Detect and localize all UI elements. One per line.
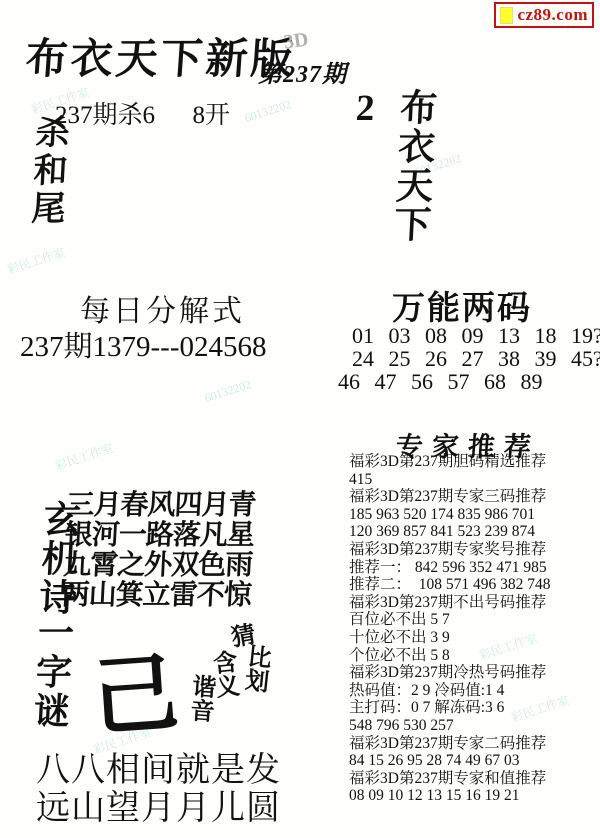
expert-recommend-block: 福彩3D第237期胆码精选推荐 415 福彩3D第237期专家三码推荐 185 … [349,453,551,805]
yellow-square-icon [500,7,513,24]
expert-line: 福彩3D第237期胆码精选推荐 [349,453,551,471]
two-codes-row: 01 03 08 09 13 18 19? [338,324,600,347]
expert-line: 福彩3D第237期专家和值推荐 [349,770,551,788]
riddle-answer-character: 己 [88,623,182,753]
two-codes-row: 46 47 56 57 68 89 [338,370,600,393]
expert-line: 120 369 857 841 523 239 874 [349,523,551,541]
expert-line: 548 796 530 257 [349,717,551,735]
edition-3d-label: 3D [283,28,310,54]
kill-summary-line: 237期杀6 8开 [55,95,230,131]
daily-breakdown-formula: 237期1379---024568 [20,324,266,365]
site-badge[interactable]: cz89.com [494,2,594,28]
expert-line: 百位必不出 5 7 [349,611,551,629]
expert-line: 福彩3D第237期不出号码推荐 [349,594,551,612]
expert-line: 福彩3D第237期冷热号码推荐 [349,664,551,682]
expert-line: 十位必不出 3 9 [349,629,551,647]
expert-line: 185 963 520 174 835 986 701 [349,506,551,524]
expert-line: 推荐一： 842 596 352 471 985 [349,559,551,577]
expert-line: 08 09 10 12 13 15 16 19 21 [349,787,551,805]
expert-line: 福彩3D第237期专家三码推荐 [349,488,551,506]
kill-sum-tail-vertical-label: 杀和尾 [19,114,74,232]
page-title: 布衣天下新版 [24,26,298,86]
expert-line: 主打码：0 7 解冻码:3 6 [349,699,551,717]
mystery-poem: 三月春风四月青 银河一路落凡星 九霄之外双色雨 两山箕立雷不惊 [61,491,256,611]
watermark: 彩民工作室 [5,243,67,278]
expert-line: 415 [349,471,551,489]
riddle-label: 一字谜 [22,614,80,749]
poem-line: 两山箕立雷不惊 [61,581,252,611]
expert-line: 福彩3D第237期专家奖号推荐 [349,541,551,559]
riddle-hint: 谐音 [181,673,219,723]
two-codes-grid: 01 03 08 09 13 18 19? 24 25 26 27 38 39 … [338,324,600,393]
expert-line: 福彩3D第237期专家二码推荐 [349,735,551,753]
issue-number: 第237期 [258,54,347,89]
expert-line: 热码值：2 9 冷码值:1 4 [349,682,551,700]
footer-verse: 远山望月月儿圆 [36,780,281,829]
expert-line: 个位必不出 5 8 [349,647,551,665]
brand-vertical-label: 布衣天下2 [335,88,442,273]
poem-line: 九霄之外双色雨 [62,551,253,581]
site-badge-link[interactable]: cz89.com [517,5,588,25]
watermark: 彩民工作室 [53,439,115,474]
expert-line: 84 15 26 95 28 74 49 67 03 [349,752,551,770]
poem-line: 银河一路落凡星 [64,521,255,551]
two-codes-title: 万能两码 [392,282,532,329]
two-codes-row: 24 25 26 27 38 39 45? [338,347,600,370]
lottery-prediction-sheet: 彩民工作室 60132202 彩民工作室 60132202 彩民工作室 6013… [0,0,600,838]
expert-line: 推荐二： 108 571 496 382 748 [349,576,551,594]
poem-line: 三月春风四月青 [66,491,257,521]
watermark: 60132202 [243,97,293,126]
watermark: 60132202 [203,377,253,406]
